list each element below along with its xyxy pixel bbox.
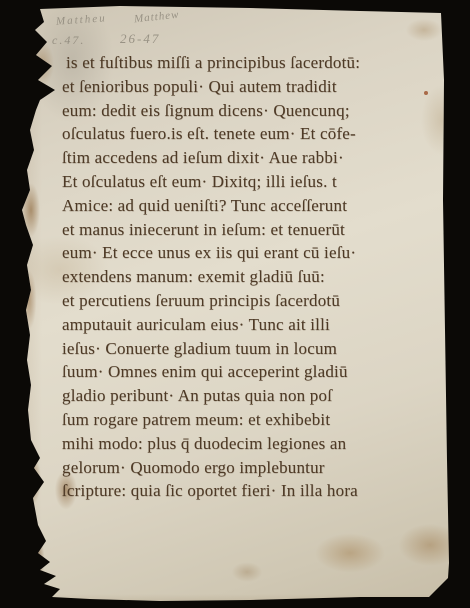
text-line: et ſenioribus populi· Qui autem tradidit xyxy=(62,75,442,99)
text-line: ſuum· Omnes enim qui acceperint gladiū xyxy=(62,360,442,384)
manuscript-leaf: Mattheu Matthew c.47. 26-47 is et fuſtib… xyxy=(0,0,470,608)
text-line: et percutiens ſeruum principis ſacerdotū xyxy=(62,289,442,313)
text-line: extendens manum: exemit gladiū ſuū: xyxy=(62,265,442,289)
text-line: mihi modo: plus q̄ duodecim legiones an xyxy=(62,432,442,456)
pencil-book-note: Matthew xyxy=(133,9,180,26)
text-block: is et fuſtibus miſſi a principibus ſacer… xyxy=(62,51,442,503)
text-line: amputauit auriculam eius· Tunc ait illi xyxy=(62,313,442,337)
text-line: Et oſculatus eſt eum· Dixitq; illi ieſus… xyxy=(62,170,442,194)
text-line: et manus iniecerunt in ieſum: et tenuerū… xyxy=(62,218,442,242)
text-line: ſtim accedens ad ieſum dixit· Aue rabbi· xyxy=(62,146,442,170)
photo-frame: Mattheu Matthew c.47. 26-47 is et fuſtib… xyxy=(0,0,470,608)
text-line: gladio peribunt· An putas quia non poſ xyxy=(62,384,442,408)
text-line: is et fuſtibus miſſi a principibus ſacer… xyxy=(62,51,442,75)
text-line: ſum rogare patrem meum: et exhibebit xyxy=(62,408,442,432)
text-line: oſculatus fuero.is eſt. tenete eum· Et c… xyxy=(62,122,442,146)
text-line: ſcripture: quia ſic oportet fieri· In il… xyxy=(62,479,442,503)
text-line: ieſus· Conuerte gladium tuum in locum xyxy=(62,337,442,361)
pencil-verse-note: 26-47 xyxy=(120,31,160,47)
text-line: eum· Et ecce unus ex iis qui erant cū ie… xyxy=(62,241,442,265)
pencil-cursive-note: Mattheu xyxy=(56,12,107,28)
pencil-chapter-note: c.47. xyxy=(52,33,85,48)
text-line: Amice: ad quid ueniſti? Tunc acceſſerunt xyxy=(62,194,442,218)
text-line: gelorum· Quomodo ergo implebuntur xyxy=(62,456,442,480)
text-line: eum: dedit eis ſignum dicens· Quencunq; xyxy=(62,99,442,123)
